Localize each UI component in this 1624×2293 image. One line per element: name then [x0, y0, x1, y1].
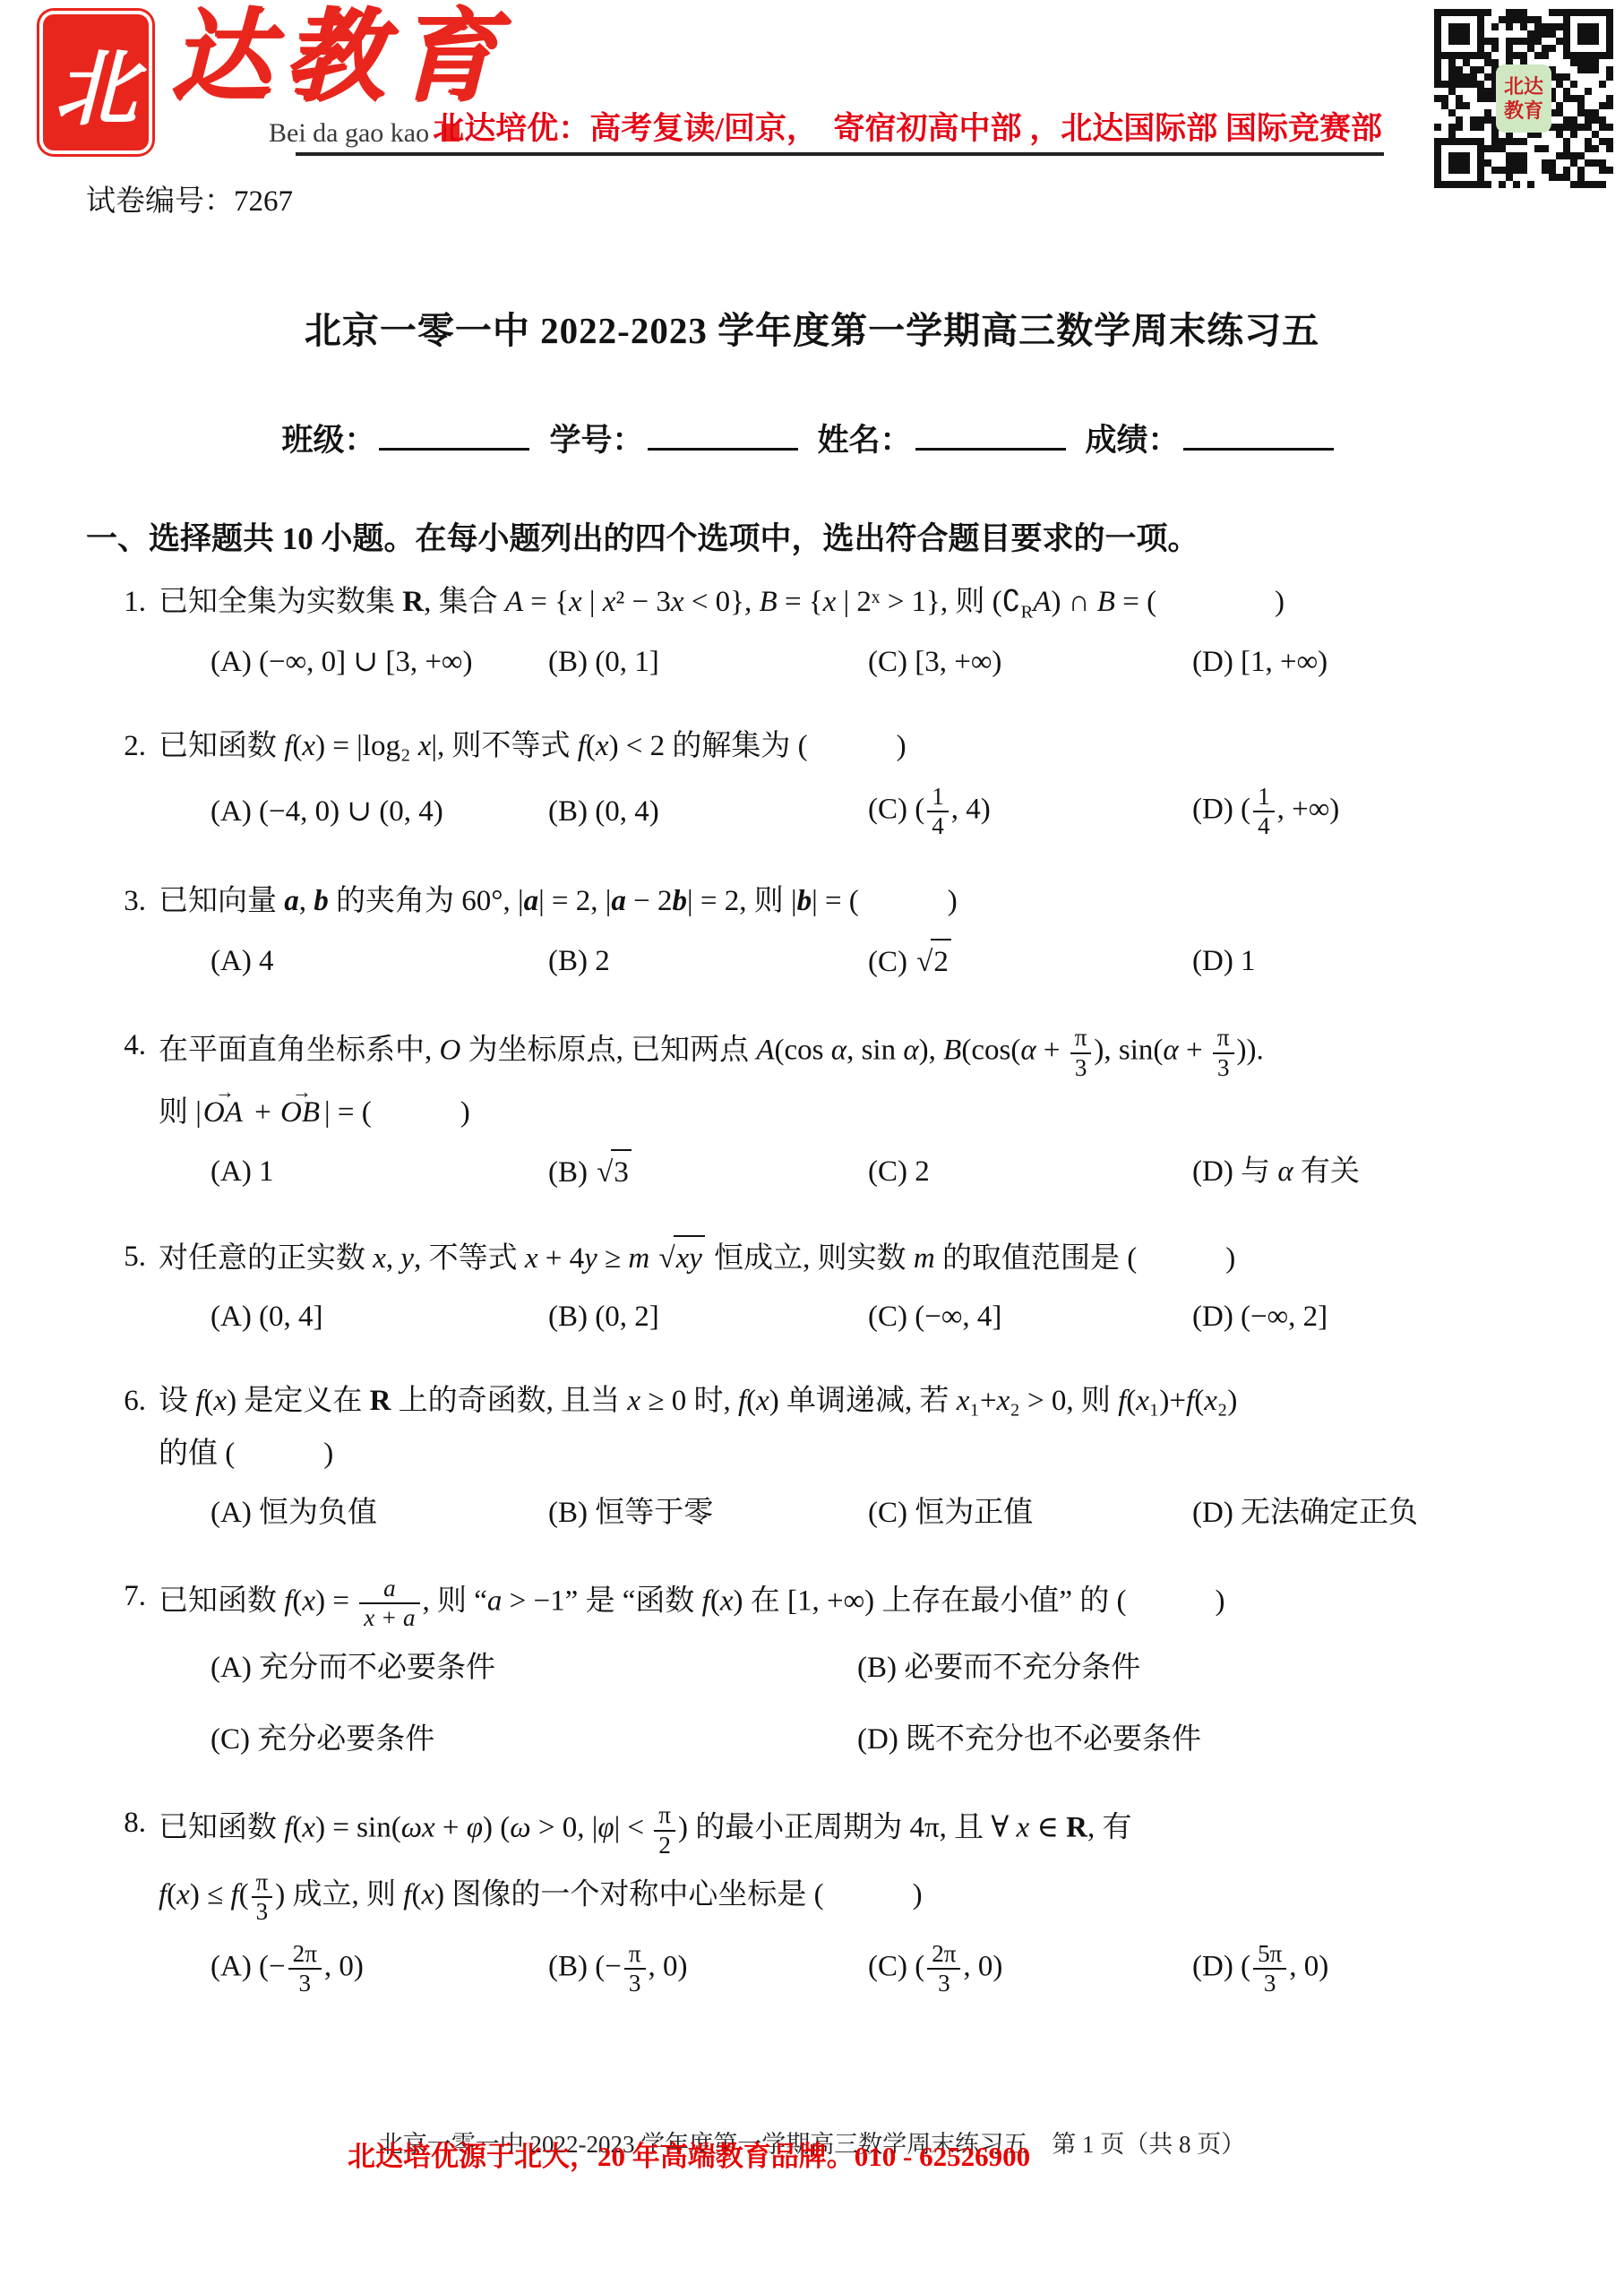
- logo-seal-char: 北: [55, 23, 137, 142]
- blank-line: [379, 418, 529, 451]
- question-number: 7.: [103, 1575, 146, 1762]
- exam-paper-page: 北 达教育 Bei da gao kao 北达培优：高考复读/回京， 寄宿初高中…: [0, 0, 1624, 2293]
- question-option: (A) (−4, 0) ∪ (0, 4): [211, 790, 537, 835]
- question-option: (B) 恒等于零: [548, 1491, 857, 1536]
- question-stem: 已知向量 a, b 的夹角为 60°, |a| = 2, |a − 2b| = …: [159, 880, 1575, 924]
- header-slogan: 北达培优：高考复读/回京， 寄宿初高中部 ，北达国际部 国际竞赛部: [433, 104, 1382, 149]
- question-stem: 已知全集为实数集 R, 集合 A = {x | x² − 3x < 0}, B …: [159, 580, 1575, 626]
- question-option: (B) (0, 4): [548, 790, 857, 835]
- info-label: 班级：: [281, 423, 375, 458]
- footer: 北京一零一中 2022-2023 学年度第一学期高三数学周末练习五 第 1 页（…: [0, 2125, 1624, 2196]
- question-stem: 已知函数 f(x) = sin(ωx + φ) (ω > 0, |φ| < π2…: [159, 1801, 1575, 1859]
- question-option: (A) (−∞, 0] ∪ [3, +∞): [211, 640, 537, 685]
- question-item: 6.设 f(x) 是定义在 R 上的奇函数, 且当 x ≥ 0 时, f(x) …: [103, 1379, 1575, 1536]
- question-option: (A) 1: [211, 1150, 537, 1195]
- question-option: (C) (2π3, 0): [868, 1940, 1181, 1997]
- logo-subtitle-text: Bei da gao kao: [269, 118, 429, 148]
- question-stem-line2: f(x) ≤ f(π3) 成立, 则 f(x) 图像的一个对称中心坐标是 ( ): [159, 1868, 1575, 1926]
- question-option: (D) (−∞, 2]: [1192, 1295, 1575, 1340]
- question-option: (C) [3, +∞): [868, 640, 1181, 685]
- question-item: 3.已知向量 a, b 的夹角为 60°, |a| = 2, |a − 2b| …: [103, 880, 1575, 984]
- question-option: (D) (5π3, 0): [1192, 1940, 1575, 1997]
- question-option: (D) 1: [1192, 940, 1575, 984]
- logo-subtitle: Bei da gao kao: [269, 118, 460, 149]
- info-label: 姓名：: [818, 423, 912, 458]
- question-option: (C) 充分必要条件: [211, 1718, 846, 1763]
- question-option: (B) √3: [548, 1149, 857, 1196]
- student-info-line: 班级： 学号： 姓名： 成绩：: [0, 416, 1624, 460]
- section-heading: 一、选择题共 10 小题。在每小题列出的四个选项中，选出符合题目要求的一项。: [86, 514, 1199, 559]
- questions: 1.已知全集为实数集 R, 集合 A = {x | x² − 3x < 0}, …: [103, 580, 1575, 2037]
- question-item: 5.对任意的正实数 x, y, 不等式 x + 4y ≥ m √xy 恒成立, …: [103, 1235, 1575, 1340]
- paper-number: 试卷编号：7267: [86, 177, 293, 219]
- question-stem-line2: 则 |OA + OB| = ( ): [159, 1091, 1575, 1136]
- question-option: (C) √2: [868, 939, 1181, 985]
- qr-center-label: 北达 教育: [1496, 64, 1551, 133]
- question-number: 2.: [103, 725, 146, 841]
- footer-contact: 北达培优源于北大，20 年高端教育品牌。010 - 62526900: [348, 2134, 1030, 2174]
- blank-line: [915, 418, 1066, 451]
- question-option: (D) 与 α 有关: [1192, 1150, 1575, 1195]
- info-field-student-no: 学号：: [549, 416, 806, 460]
- question-stem: 已知函数 f(x) = ax + a, 则 “a > −1” 是 “函数 f(x…: [159, 1575, 1575, 1632]
- question-option: (C) (−∞, 4]: [868, 1295, 1181, 1340]
- question-item: 4.在平面直角坐标系中, O 为坐标原点, 已知两点 A(cos α, sin …: [103, 1024, 1575, 1195]
- question-option: (A) 充分而不必要条件: [211, 1646, 846, 1691]
- question-stem: 对任意的正实数 x, y, 不等式 x + 4y ≥ m √xy 恒成立, 则实…: [159, 1235, 1575, 1282]
- question-number: 5.: [103, 1235, 146, 1340]
- info-field-name: 姓名：: [818, 416, 1075, 460]
- question-option: (A) 4: [211, 940, 537, 984]
- question-stem-line2: 的值 ( ): [159, 1432, 1575, 1477]
- question-stem: 在平面直角坐标系中, O 为坐标原点, 已知两点 A(cos α, sin α)…: [159, 1024, 1575, 1081]
- page-title: 北京一零一中 2022-2023 学年度第一学期高三数学周末练习五: [0, 301, 1624, 354]
- question-option: (D) 既不充分也不必要条件: [857, 1718, 1575, 1763]
- qr-label-line1: 北达: [1504, 74, 1543, 99]
- question-option: (A) (−2π3, 0): [211, 1940, 537, 1997]
- header-divider: [296, 152, 1384, 156]
- question-option: (A) (0, 4]: [211, 1295, 537, 1340]
- question-number: 1.: [103, 580, 146, 685]
- info-field-score: 成绩：: [1086, 416, 1343, 460]
- question-option: (D) 无法确定正负: [1192, 1491, 1575, 1536]
- info-field-class: 班级：: [281, 416, 538, 460]
- question-number: 3.: [103, 880, 146, 984]
- question-item: 7.已知函数 f(x) = ax + a, 则 “a > −1” 是 “函数 f…: [103, 1575, 1575, 1762]
- question-option: (B) (0, 2]: [548, 1295, 857, 1340]
- info-label: 成绩：: [1086, 423, 1180, 458]
- question-item: 1.已知全集为实数集 R, 集合 A = {x | x² − 3x < 0}, …: [103, 580, 1575, 685]
- question-option: (B) (0, 1]: [548, 640, 857, 685]
- logo-brand-text: 达教育: [170, 7, 509, 107]
- question-option: (C) (14, 4): [868, 783, 1181, 840]
- blank-line: [1183, 418, 1334, 451]
- question-option: (A) 恒为负值: [211, 1491, 537, 1536]
- qr-code: 北达 教育: [1434, 9, 1613, 188]
- question-option: (C) 恒为正值: [868, 1491, 1181, 1536]
- question-option: (B) 2: [548, 940, 857, 984]
- question-stem: 已知函数 f(x) = |log₂ x|, 则不等式 f(x) < 2 的解集为…: [159, 725, 1575, 769]
- question-number: 8.: [103, 1801, 146, 1997]
- question-item: 8.已知函数 f(x) = sin(ωx + φ) (ω > 0, |φ| < …: [103, 1801, 1575, 1997]
- qr-label-line2: 教育: [1504, 99, 1543, 124]
- question-item: 2.已知函数 f(x) = |log₂ x|, 则不等式 f(x) < 2 的解…: [103, 725, 1575, 841]
- question-option: (C) 2: [868, 1150, 1181, 1195]
- logo-seal: 北: [43, 14, 149, 150]
- question-option: (B) 必要而不充分条件: [857, 1646, 1575, 1691]
- question-number: 6.: [103, 1379, 146, 1536]
- question-stem: 设 f(x) 是定义在 R 上的奇函数, 且当 x ≥ 0 时, f(x) 单调…: [159, 1379, 1575, 1424]
- question-option: (D) (14, +∞): [1192, 783, 1575, 840]
- question-number: 4.: [103, 1024, 146, 1195]
- question-option: (D) [1, +∞): [1192, 640, 1575, 685]
- blank-line: [648, 418, 798, 451]
- info-label: 学号：: [549, 423, 643, 458]
- question-option: (B) (−π3, 0): [548, 1940, 857, 1997]
